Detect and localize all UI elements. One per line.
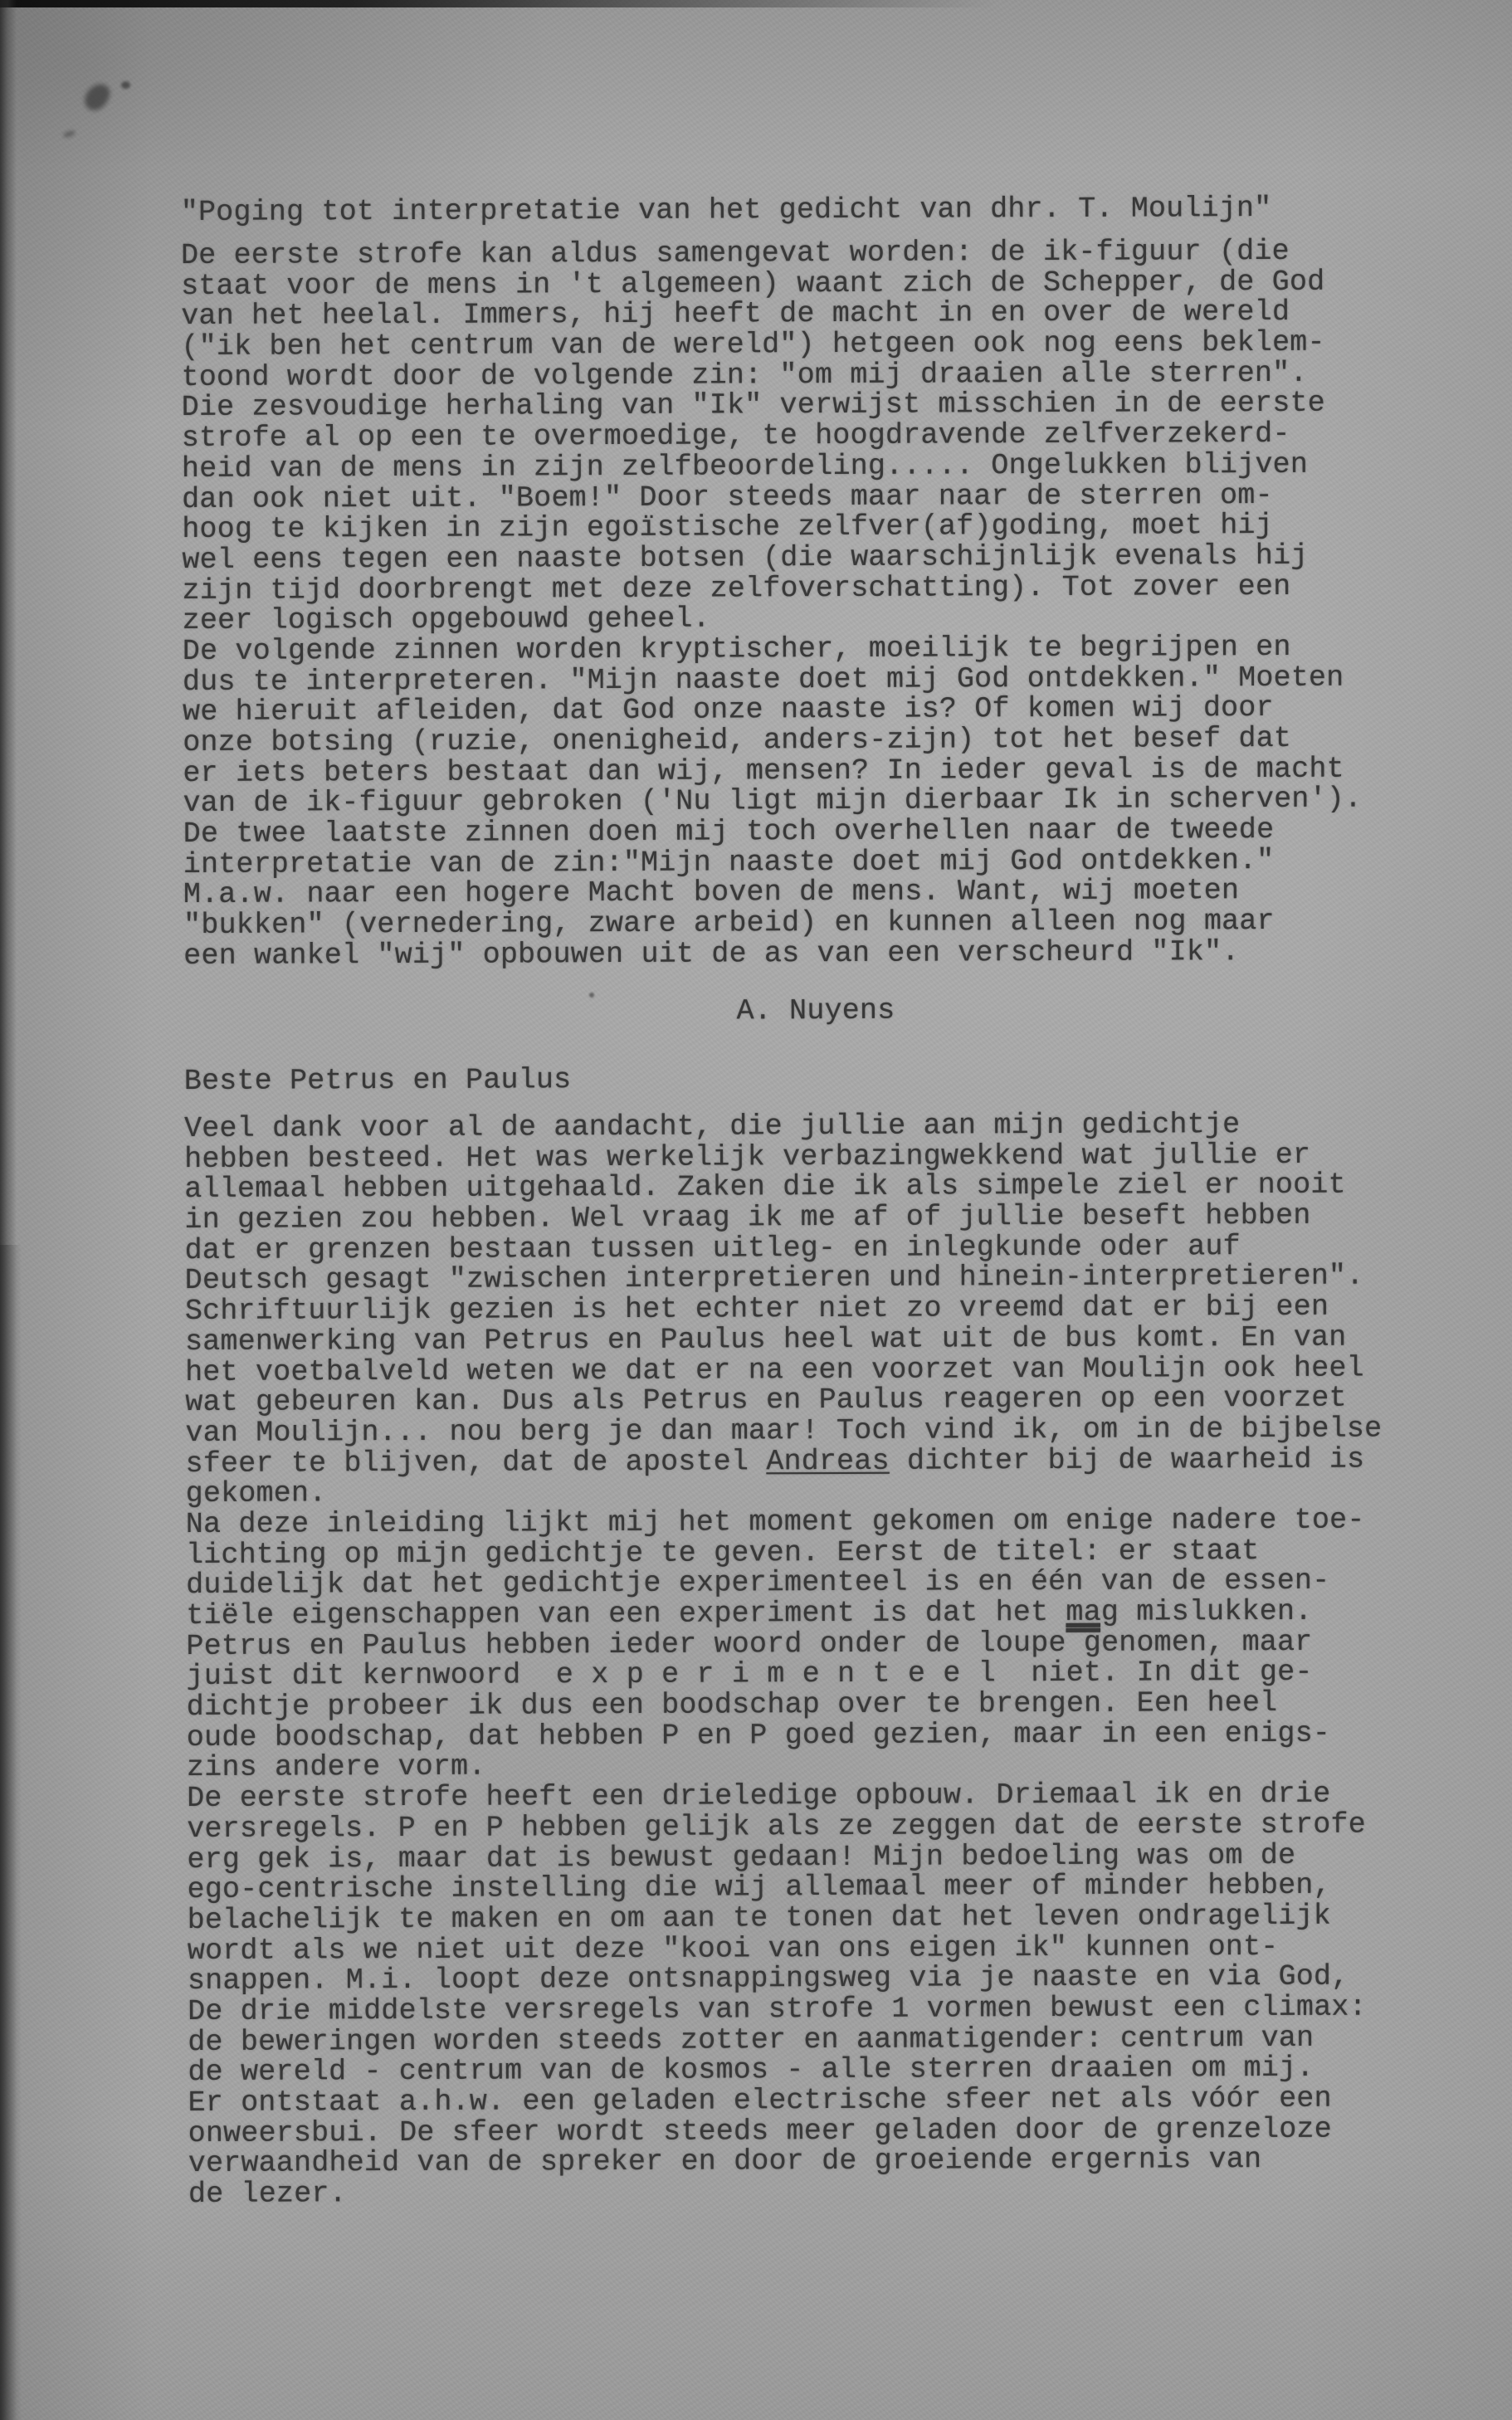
text-line: oude boodschap, dat hebben P en P goed g… (187, 1718, 1383, 1753)
text-line: zijn tijd doorbrengt met deze zelfoversc… (183, 571, 1362, 606)
reply-letter-paragraph: Veel dank voor al de aandacht, die julli… (184, 1109, 1385, 2209)
text-line: verwaandheid van de spreker en door de g… (188, 2144, 1385, 2179)
scanned-letter-photo: "Poging tot interpretatie van het gedich… (0, 0, 1512, 2420)
text-line: sfeer te blijven, dat de apostel Andreas… (186, 1444, 1383, 1479)
photo-left-edge-lower (0, 1245, 22, 2420)
document-title: "Poging tot interpretatie van het gedich… (181, 193, 1272, 228)
interpretation-paragraph: De eerste strofe kan aldus samengevat wo… (181, 237, 1363, 972)
ink-smudge (121, 81, 130, 89)
typewritten-text: "Poging tot interpretatie van het gedich… (180, 0, 1417, 2420)
text-line: een wankel "wij" opbouwen uit de as van … (183, 936, 1363, 971)
signature: A. Nuyens (736, 996, 895, 1027)
text-line: de lezer. (188, 2175, 1385, 2210)
letter-greeting: Beste Petrus en Paulus (184, 1065, 572, 1096)
